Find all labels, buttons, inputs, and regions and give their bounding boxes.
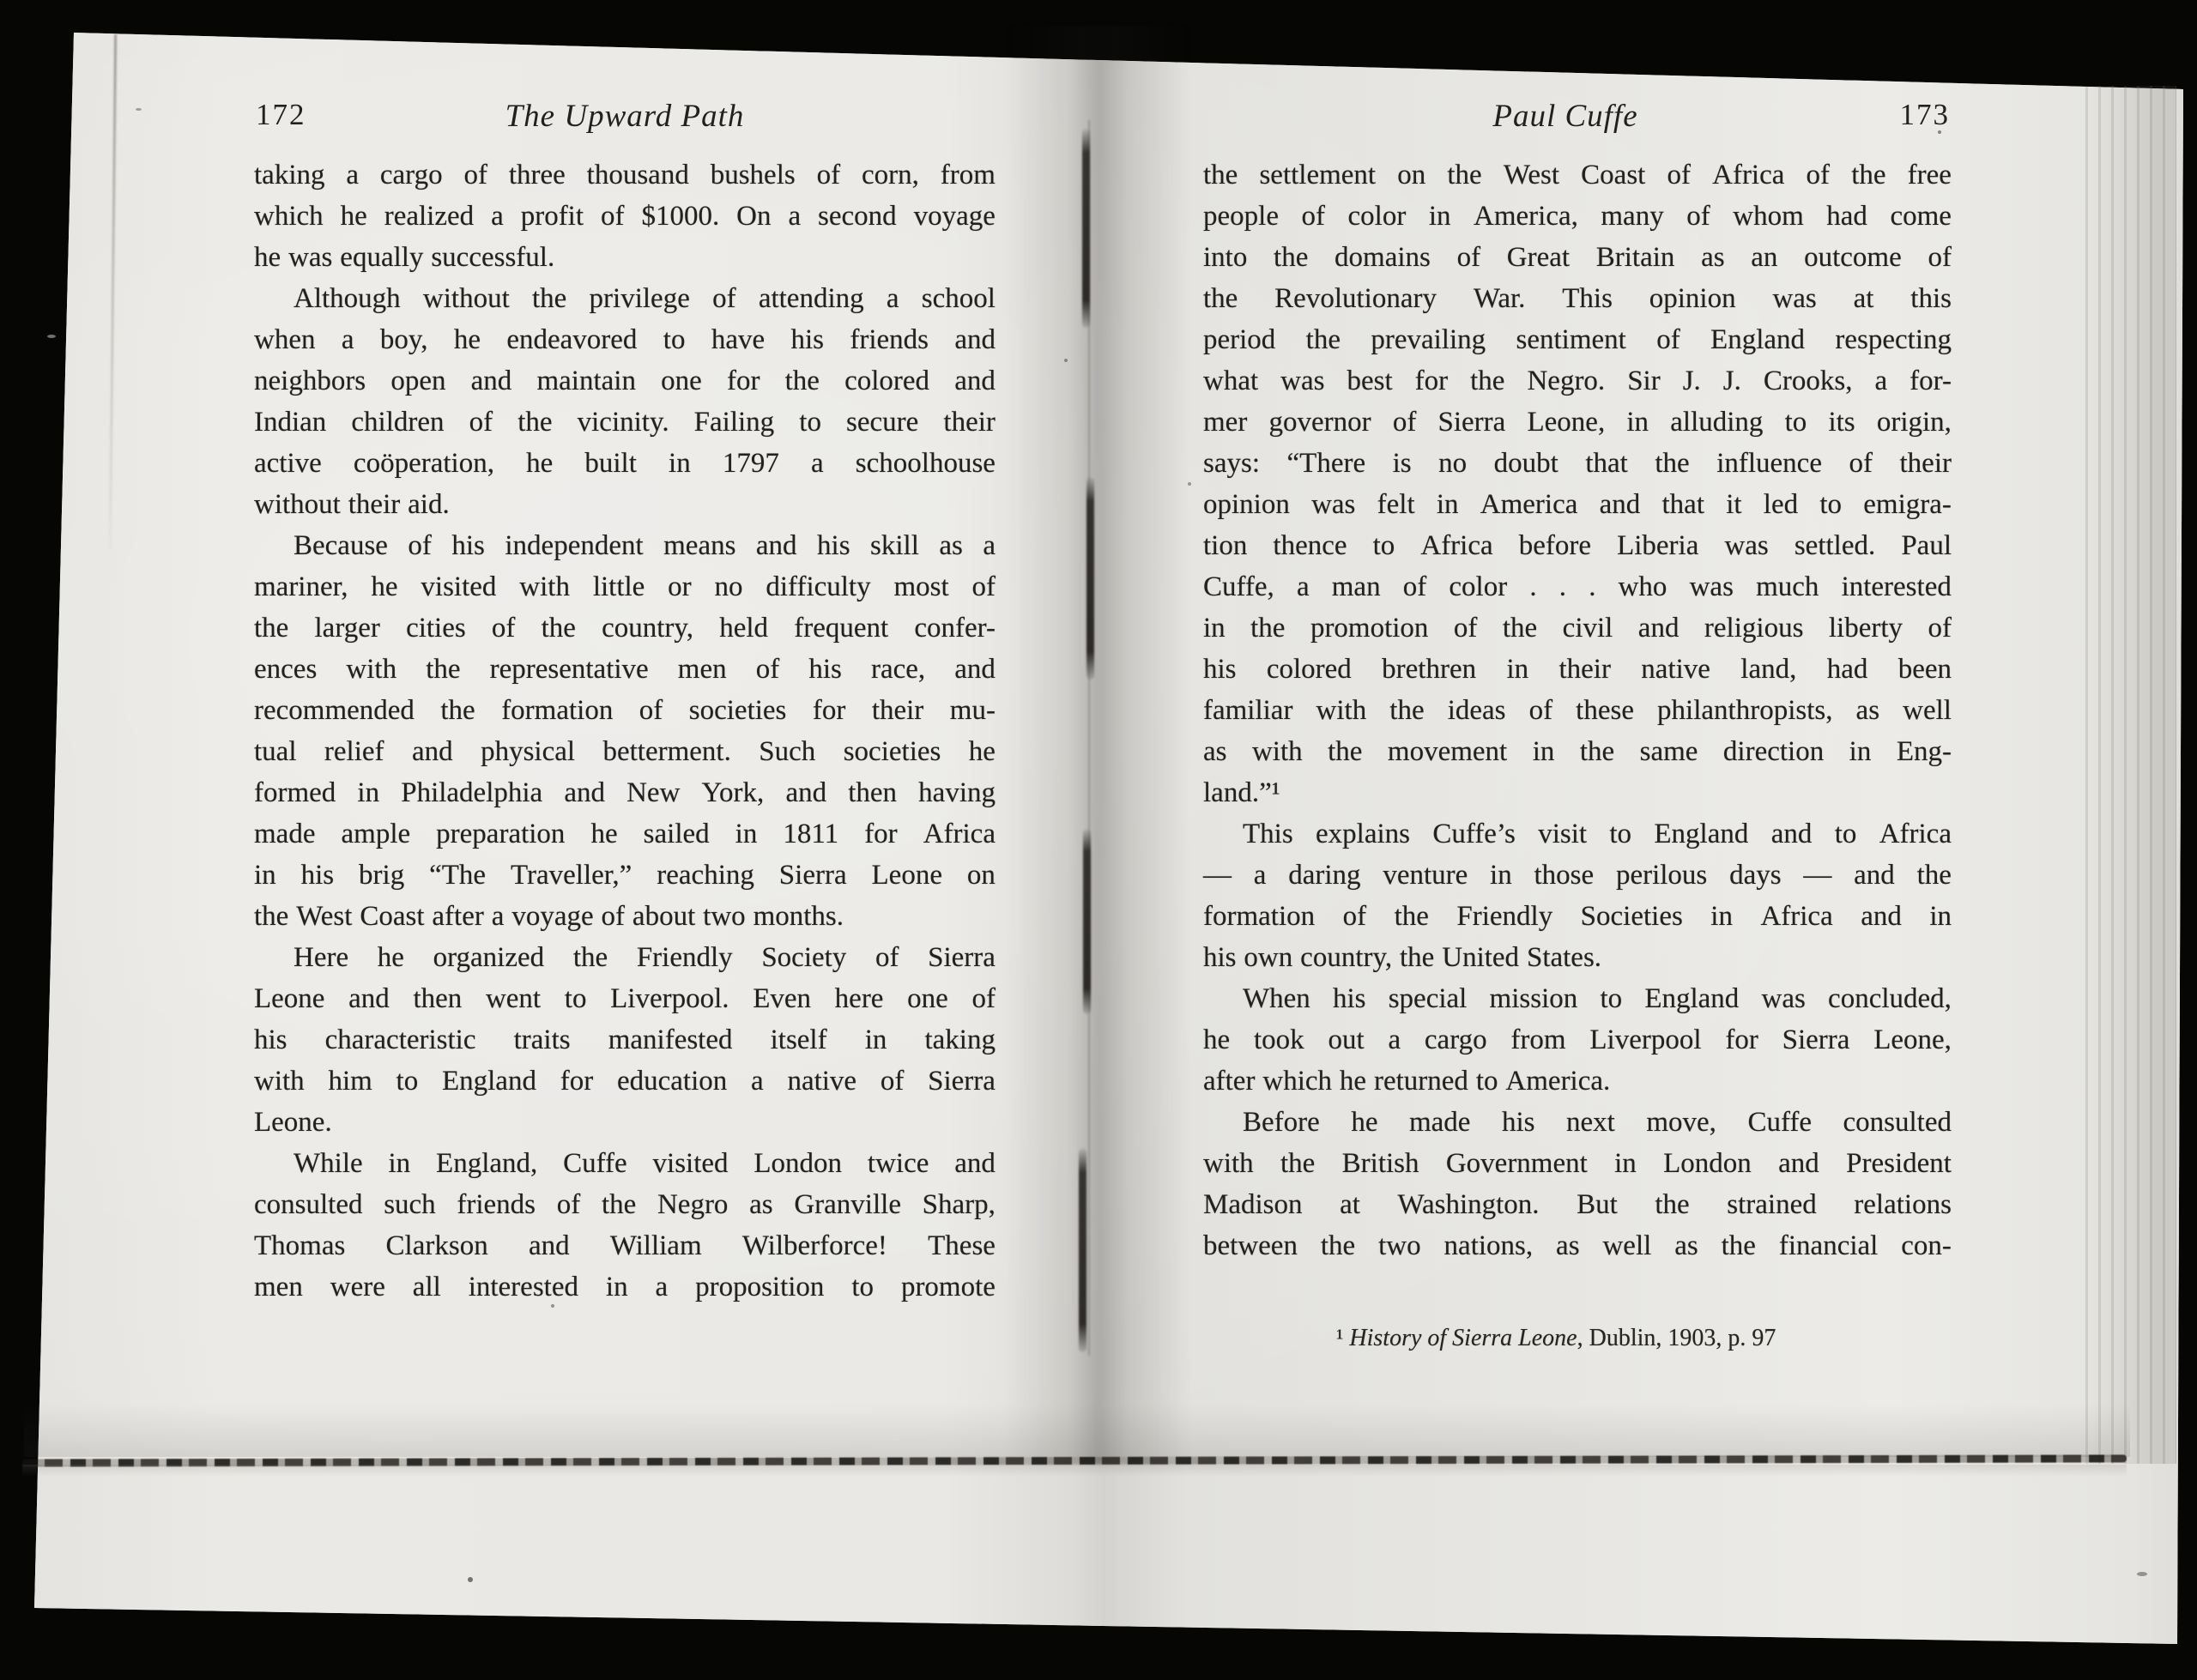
word: the [785,366,820,397]
text-line: whatwasbestfortheNegro.SirJ.J.Crooks,afo… [1203,366,1952,407]
running-title-right: Paul Cuffe [1191,98,1940,135]
word: Society [761,942,846,974]
word: been [1898,654,1952,686]
word: physical [481,736,575,768]
word: . [1589,571,1595,603]
word: was [1690,571,1734,603]
word: he [254,242,281,274]
word: Traveller,” [511,860,632,891]
word: doubt [1494,448,1558,480]
word: profit [521,201,584,233]
word: thousand [587,160,689,191]
word: West [296,901,352,933]
word: Sierra [1438,407,1506,438]
word: liberty [1829,613,1903,644]
word: England [1644,983,1739,1015]
word: well [1903,695,1952,727]
word: made [1409,1107,1470,1139]
text-line: recommendedtheformationofsocietiesforthe… [254,695,996,736]
word: their [872,695,923,727]
word: a [1254,860,1267,891]
word: the [1389,695,1424,727]
word: frequent [794,613,888,644]
word: with [254,1066,305,1097]
word: These [928,1230,996,1262]
word: a [342,324,354,356]
word: cities [406,613,466,644]
word: neighbors [254,366,366,397]
text-line: thesettlementontheWestCoastofAfricaofthe… [1203,160,1952,201]
word: of [1343,901,1367,933]
word: tion [1203,530,1247,562]
word: about [632,901,695,933]
word: interested [1842,571,1952,603]
word: endeavored [506,324,637,356]
text-line: mergovernorofSierraLeone,inalludingtoits… [1203,407,1952,448]
word: of [817,160,841,191]
word: maintain [536,366,635,397]
word: with [1316,695,1367,727]
word: to [851,1272,874,1303]
word: voyage [511,901,593,933]
word: on [1397,160,1425,191]
word: Before [1243,1107,1320,1139]
word: origin, [1877,407,1952,438]
word: Sierra [1782,1024,1850,1056]
word: the [1203,283,1238,315]
word: Because [294,530,388,562]
word: in [735,819,758,850]
bottom-shadow [24,1404,2130,1457]
word: Friendly [637,942,733,974]
text-line: afterwhichhereturnedtoAmerica. [1203,1066,1952,1107]
word: Leone [872,860,942,891]
word: Leone, [1873,1024,1952,1056]
text-line: inhisbrig“TheTraveller,”reachingSierraLe… [254,860,996,901]
word: which [1262,1066,1332,1097]
word: concluded, [1828,983,1952,1015]
word: Africa [1420,530,1492,562]
word: taking [254,160,324,191]
word: in [357,777,379,809]
word: months. [754,901,844,933]
footnote-details: , Dublin, 1903, p. 97 [1577,1325,1776,1351]
word: its [1828,407,1855,438]
word: the [1306,324,1341,356]
word: Liverpool. [610,983,729,1015]
text-line: intothedomainsofGreatBritainasanoutcomeo… [1203,242,1952,283]
word: native [1641,654,1710,686]
word: This [1243,819,1293,850]
word: schoolhouse [856,448,996,480]
word: one [661,366,702,397]
text-line: Cuffe,amanofcolor...whowasmuchinterested [1203,571,1952,613]
word: of [1807,160,1831,191]
word: the [254,613,288,644]
word: from [1510,1024,1565,1056]
word: Cuffe’s [1432,819,1516,850]
word: his [254,1024,287,1056]
word: $1000. [641,201,719,233]
word: or [668,571,692,603]
text-line: —adaringventureinthoseperilousdays—andth… [1203,860,1952,901]
word: as [1556,1230,1580,1262]
word: in [1203,613,1226,644]
word: the [532,283,566,315]
word: built [584,448,637,480]
word: without [423,283,510,315]
word: Clarkson [386,1230,488,1262]
word: venture [1383,860,1468,891]
word: to [663,324,686,356]
word: ideas [1448,695,1506,727]
word: no [715,571,743,603]
word: he [454,324,481,356]
word: Eng- [1897,736,1952,768]
word: land, [1740,654,1796,686]
word: in [1710,901,1733,933]
word: On [736,201,771,233]
word: a [492,901,505,933]
text-line: whichherealizedaprofitof$1000.Onasecondv… [254,201,996,242]
word: own [1244,942,1292,974]
word: was [1772,283,1816,315]
text-line: activecoöperation,hebuiltin1797aschoolho… [254,448,996,489]
text-line: hischaracteristictraitsmanifesteditselfi… [254,1024,996,1066]
word: took [1254,1024,1304,1056]
word: of [492,613,516,644]
word: England [442,1066,536,1097]
word: their [348,489,400,521]
word: and [1861,901,1902,933]
word: for [560,1066,593,1097]
text-line: thelargercitiesofthecountry,heldfrequent… [254,613,996,654]
word: his [451,530,485,562]
word: of [1301,201,1325,233]
word: visit [1538,819,1587,850]
word: of [1529,695,1553,727]
word: which [254,201,324,233]
word: and [1600,489,1641,521]
word: same [1640,736,1698,768]
scan-speck [1188,482,1191,486]
word: a [491,201,504,233]
word: into [1203,242,1247,274]
text-line: enceswiththerepresentativemenofhisrace,a… [254,654,996,695]
word: explains [1316,819,1410,850]
text-line: theWestCoastafteravoyageofabouttwomonths… [254,901,996,942]
word: boy, [380,324,428,356]
word: was [1724,530,1768,562]
word: the [1655,1189,1689,1221]
word: This [1562,283,1613,315]
text-line: betweenthetwonations,aswellasthefinancia… [1203,1230,1952,1272]
word: Liverpool [1589,1024,1701,1056]
word: Philadelphia [401,777,542,809]
word: respecting [1835,324,1952,356]
word: the [1203,160,1238,191]
text-line: hiscoloredbrethrenintheirnativeland,hadb… [1203,654,1952,695]
word: financial [1779,1230,1878,1262]
word: then [848,777,897,809]
word: people [1203,201,1279,233]
word: for [864,819,897,850]
page-left-header: 172 The Upward Path [254,98,996,144]
word: had [1827,654,1868,686]
word: colored [844,366,929,397]
word: the [517,407,552,438]
word: Cuffe, [1203,571,1274,603]
word: the [1328,736,1362,768]
word: J. [1723,366,1741,397]
text-line: withhimtoEnglandforeducationanativeofSie… [254,1066,996,1107]
word: the [1280,1148,1315,1180]
word: to [1785,407,1807,438]
word: the [1400,942,1434,974]
word: in [865,1024,887,1056]
word: his [817,530,850,562]
word: here [835,983,884,1015]
word: of [463,160,487,191]
word: with [1252,736,1303,768]
word: friends [457,1189,536,1221]
word: skill [870,530,919,562]
word: and [954,366,996,397]
word: next [1566,1107,1615,1139]
text-line: hisowncountry,theUnitedStates. [1203,942,1952,983]
word: of [601,201,625,233]
word: school [922,283,996,315]
word: Africa [1760,901,1832,933]
word: and [412,736,453,768]
word: for [1415,366,1448,397]
word: mu- [950,695,996,727]
text-line: aswiththemovementinthesamedirectioninEng… [1203,736,1952,777]
word: formed [254,777,336,809]
word: manifested [608,1024,733,1056]
word: America [1480,489,1578,521]
word: vicinity. [578,407,669,438]
word: difficulty [766,571,870,603]
text-line: tualreliefandphysicalbetterment.Suchsoci… [254,736,996,777]
text-line: ThomasClarksonandWilliamWilberforce!Thes… [254,1230,996,1272]
text-line: says:“Thereisnodoubtthattheinfluenceofth… [1203,448,1952,489]
word: Friendly [1456,901,1552,933]
word: cargo [380,160,443,191]
word: alluding [1670,407,1763,438]
word: to [1835,819,1857,850]
word: ences [254,654,317,686]
word: New [626,777,680,809]
word: a [1297,571,1310,603]
word: “The [429,860,486,891]
word: York, [702,777,765,809]
word: in [1506,654,1528,686]
binding-stitch [1086,477,1094,680]
word: made [254,819,315,850]
word: one [907,983,948,1015]
word: the [542,613,576,644]
word: held [719,613,768,644]
word: equally [340,242,423,274]
word: before [1519,530,1591,562]
word: Sierra [779,860,847,891]
word: and [954,1148,996,1180]
word: But [1577,1189,1618,1221]
word: States. [1527,942,1601,974]
word: he [969,736,996,768]
word: his [1203,654,1237,686]
word: for [1725,1024,1758,1056]
word: move, [1646,1107,1716,1139]
word: returned [1374,1066,1468,1097]
word: in [669,448,691,480]
word: and [348,983,390,1015]
word: their [1558,654,1610,686]
word: of [712,283,736,315]
word: Sir [1627,366,1661,397]
word: con- [1901,1230,1952,1262]
word: visited [653,1148,729,1180]
text-line: tionthencetoAfricabeforeLiberiawassettle… [1203,530,1952,571]
word: America. [1505,1066,1610,1097]
text-line: withouttheiraid. [254,489,996,530]
word: was [288,242,332,274]
word: in [1626,407,1649,438]
word: and [756,530,797,562]
word: this [1910,283,1952,315]
word: was [1280,366,1324,397]
word: England [1710,324,1805,356]
text-line: formationoftheFriendlySocietiesinAfricaa… [1203,901,1952,942]
word: of [1454,613,1478,644]
word: Here [294,942,348,974]
binding-stitch [1083,829,1091,1014]
word: societies [844,736,941,768]
word: in [1437,489,1459,521]
word: with [346,654,396,686]
word: and [1771,819,1813,850]
word: of [1928,242,1952,274]
text-line: Indianchildrenofthevicinity.Failingtosec… [254,407,996,448]
word: an [1751,242,1777,274]
text-line: periodtheprevailingsentimentofEnglandres… [1203,324,1952,366]
word: in [1533,736,1555,768]
word: the [1722,1230,1756,1262]
word: movement [1388,736,1507,768]
word: 1811 [783,819,838,850]
word: from [941,160,996,191]
word: influence [1716,448,1822,480]
word: the [426,654,460,686]
word: a [346,160,359,191]
footnote-source-title: History of Sierra Leone [1349,1325,1577,1351]
word: when [254,324,315,356]
word: characteristic [325,1024,476,1056]
word: country, [602,613,693,644]
word: William [610,1230,702,1262]
word: of [1928,613,1952,644]
word: interested [469,1272,578,1303]
word: race, [871,654,925,686]
word: friends [850,324,929,356]
word: in [254,860,276,891]
word: of [1457,242,1481,274]
word: familiar [1203,695,1292,727]
word: Leone. [254,1107,332,1139]
word: color [1449,571,1507,603]
word: much [1756,571,1819,603]
word: of [1403,571,1427,603]
word: open [390,366,445,397]
word: says: [1203,448,1260,480]
word: — [1203,860,1232,891]
text-line: theRevolutionaryWar.Thisopinionwasatthis [1203,283,1952,324]
word: at [1340,1189,1360,1221]
text-line: land.”¹ [1203,777,1952,819]
word: Negro. [1527,366,1605,397]
word: Such [759,736,815,768]
footnote: ¹ History of Sierra Leone, Dublin, 1903,… [1203,1325,2085,1352]
word: itself [771,1024,827,1056]
word: mer [1203,407,1247,438]
word: corn, [862,160,919,191]
word: preparation [436,819,565,850]
word: representative [490,654,649,686]
word: as [1701,242,1725,274]
word: two [1378,1230,1421,1262]
word: to [1373,530,1395,562]
word: he [1340,1066,1366,1097]
word: in [1929,901,1952,933]
word: 1797 [723,448,779,480]
word: Cuffe [563,1148,627,1180]
word: in [606,1272,628,1303]
text-line: familiarwiththeideasofthesephilanthropis… [1203,695,1952,736]
word: his [1203,942,1237,974]
word: coöperation, [354,448,494,480]
word: Africa [1879,819,1952,850]
word: larger [315,613,380,644]
word: formation [1203,901,1315,933]
word: Liberia [1617,530,1698,562]
word: felt [1377,489,1415,521]
word: he [526,448,553,480]
word: he [1351,1107,1377,1139]
running-title-left: The Upward Path [254,98,996,135]
word: in [1429,201,1451,233]
word: direction [1723,736,1824,768]
word: While [294,1148,363,1180]
word: in [1849,736,1872,768]
word: two [703,901,746,933]
word: as [939,530,963,562]
word: it [1726,489,1741,521]
scanned-book-spread: 172 The Upward Path takingacargoofthreet… [0,0,2197,1680]
text-line: takingacargoofthreethousandbushelsofcorn… [254,160,996,201]
word: as [749,1189,773,1221]
word: — [1803,860,1831,891]
word: of [408,530,432,562]
scan-speck [1938,130,1941,134]
scan-speck [1064,359,1068,362]
text-line: opinionwasfeltinAmericaandthatitledtoemi… [1203,489,1952,530]
word: brig [359,860,404,891]
word: daring [1288,860,1360,891]
word: no [1438,448,1467,480]
word: Crooks, [1764,366,1853,397]
word: to [1600,983,1622,1015]
